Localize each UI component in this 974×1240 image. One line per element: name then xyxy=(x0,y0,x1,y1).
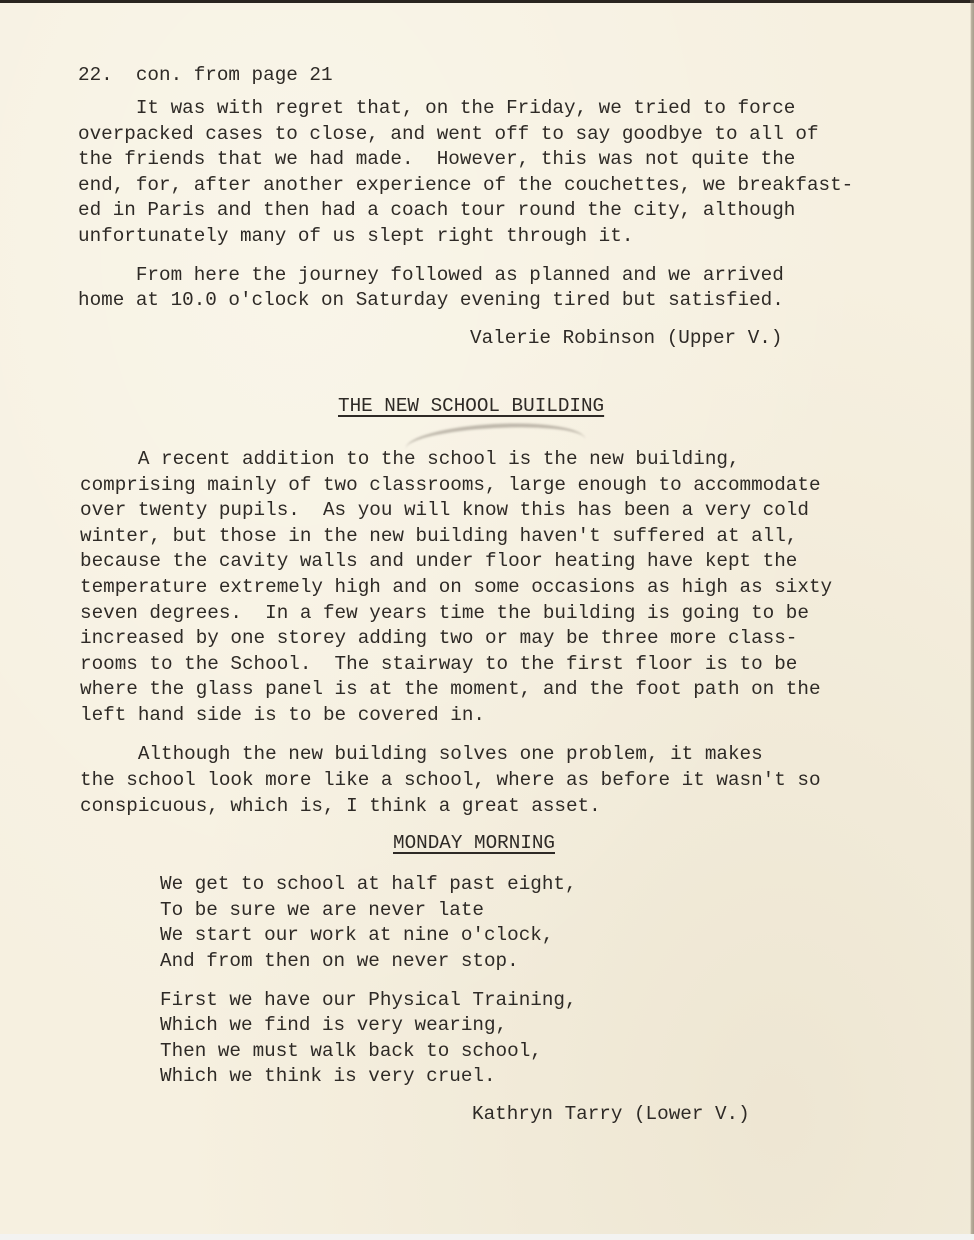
paragraph-line: end, for, after another experience of th… xyxy=(78,176,853,195)
page-header: 22. con. from page 21 xyxy=(78,66,333,85)
paragraph-line: It was with regret that, on the Friday, … xyxy=(78,99,795,118)
author-signature: Valerie Robinson (Upper V.) xyxy=(470,329,782,348)
poem-line: We start our work at nine o'clock, xyxy=(160,926,553,945)
author-signature: Kathryn Tarry (Lower V.) xyxy=(472,1105,750,1124)
paragraph-line: temperature extremely high and on some o… xyxy=(80,578,832,597)
paragraph-line: rooms to the School. The stairway to the… xyxy=(80,655,797,674)
page-edge-shadow xyxy=(970,0,974,1240)
paragraph-line: left hand side is to be covered in. xyxy=(80,706,485,725)
paragraph-line: over twenty pupils. As you will know thi… xyxy=(80,501,809,520)
poem-line: We get to school at half past eight, xyxy=(160,875,577,894)
paragraph-line: the friends that we had made. However, t… xyxy=(78,150,795,169)
paragraph-line: home at 10.0 o'clock on Saturday evening… xyxy=(78,291,784,310)
paragraph-line: Although the new building solves one pro… xyxy=(80,745,763,764)
poem-line: Which we find is very wearing, xyxy=(160,1016,507,1035)
article-title: THE NEW SCHOOL BUILDING xyxy=(338,397,604,416)
paragraph-line: conspicuous, which is, I think a great a… xyxy=(80,797,601,816)
paragraph-line: A recent addition to the school is the n… xyxy=(80,450,740,469)
paragraph-line: winter, but those in the new building ha… xyxy=(80,527,797,546)
poem-line: To be sure we are never late xyxy=(160,901,484,920)
poem-line: First we have our Physical Training, xyxy=(160,991,577,1010)
paragraph-line: overpacked cases to close, and went off … xyxy=(78,125,819,144)
paragraph-line: because the cavity walls and under floor… xyxy=(80,552,797,571)
paragraph-line: From here the journey followed as planne… xyxy=(78,266,784,285)
poem-line: Which we think is very cruel. xyxy=(160,1067,496,1086)
paragraph-line: ed in Paris and then had a coach tour ro… xyxy=(78,201,795,220)
poem-line: Then we must walk back to school, xyxy=(160,1042,542,1061)
ink-smudge xyxy=(405,419,586,448)
typed-page: 22. con. from page 21 It was with regret… xyxy=(0,0,974,1240)
paragraph-line: the school look more like a school, wher… xyxy=(80,771,821,790)
paragraph-line: where the glass panel is at the moment, … xyxy=(80,680,821,699)
paragraph-line: unfortunately many of us slept right thr… xyxy=(78,227,633,246)
paragraph-line: increased by one storey adding two or ma… xyxy=(80,629,797,648)
poem-line: And from then on we never stop. xyxy=(160,952,519,971)
page-bottom-margin xyxy=(0,1234,974,1240)
poem-title: MONDAY MORNING xyxy=(393,834,555,853)
paragraph-line: seven degrees. In a few years time the b… xyxy=(80,604,809,623)
paragraph-line: comprising mainly of two classrooms, lar… xyxy=(80,476,821,495)
